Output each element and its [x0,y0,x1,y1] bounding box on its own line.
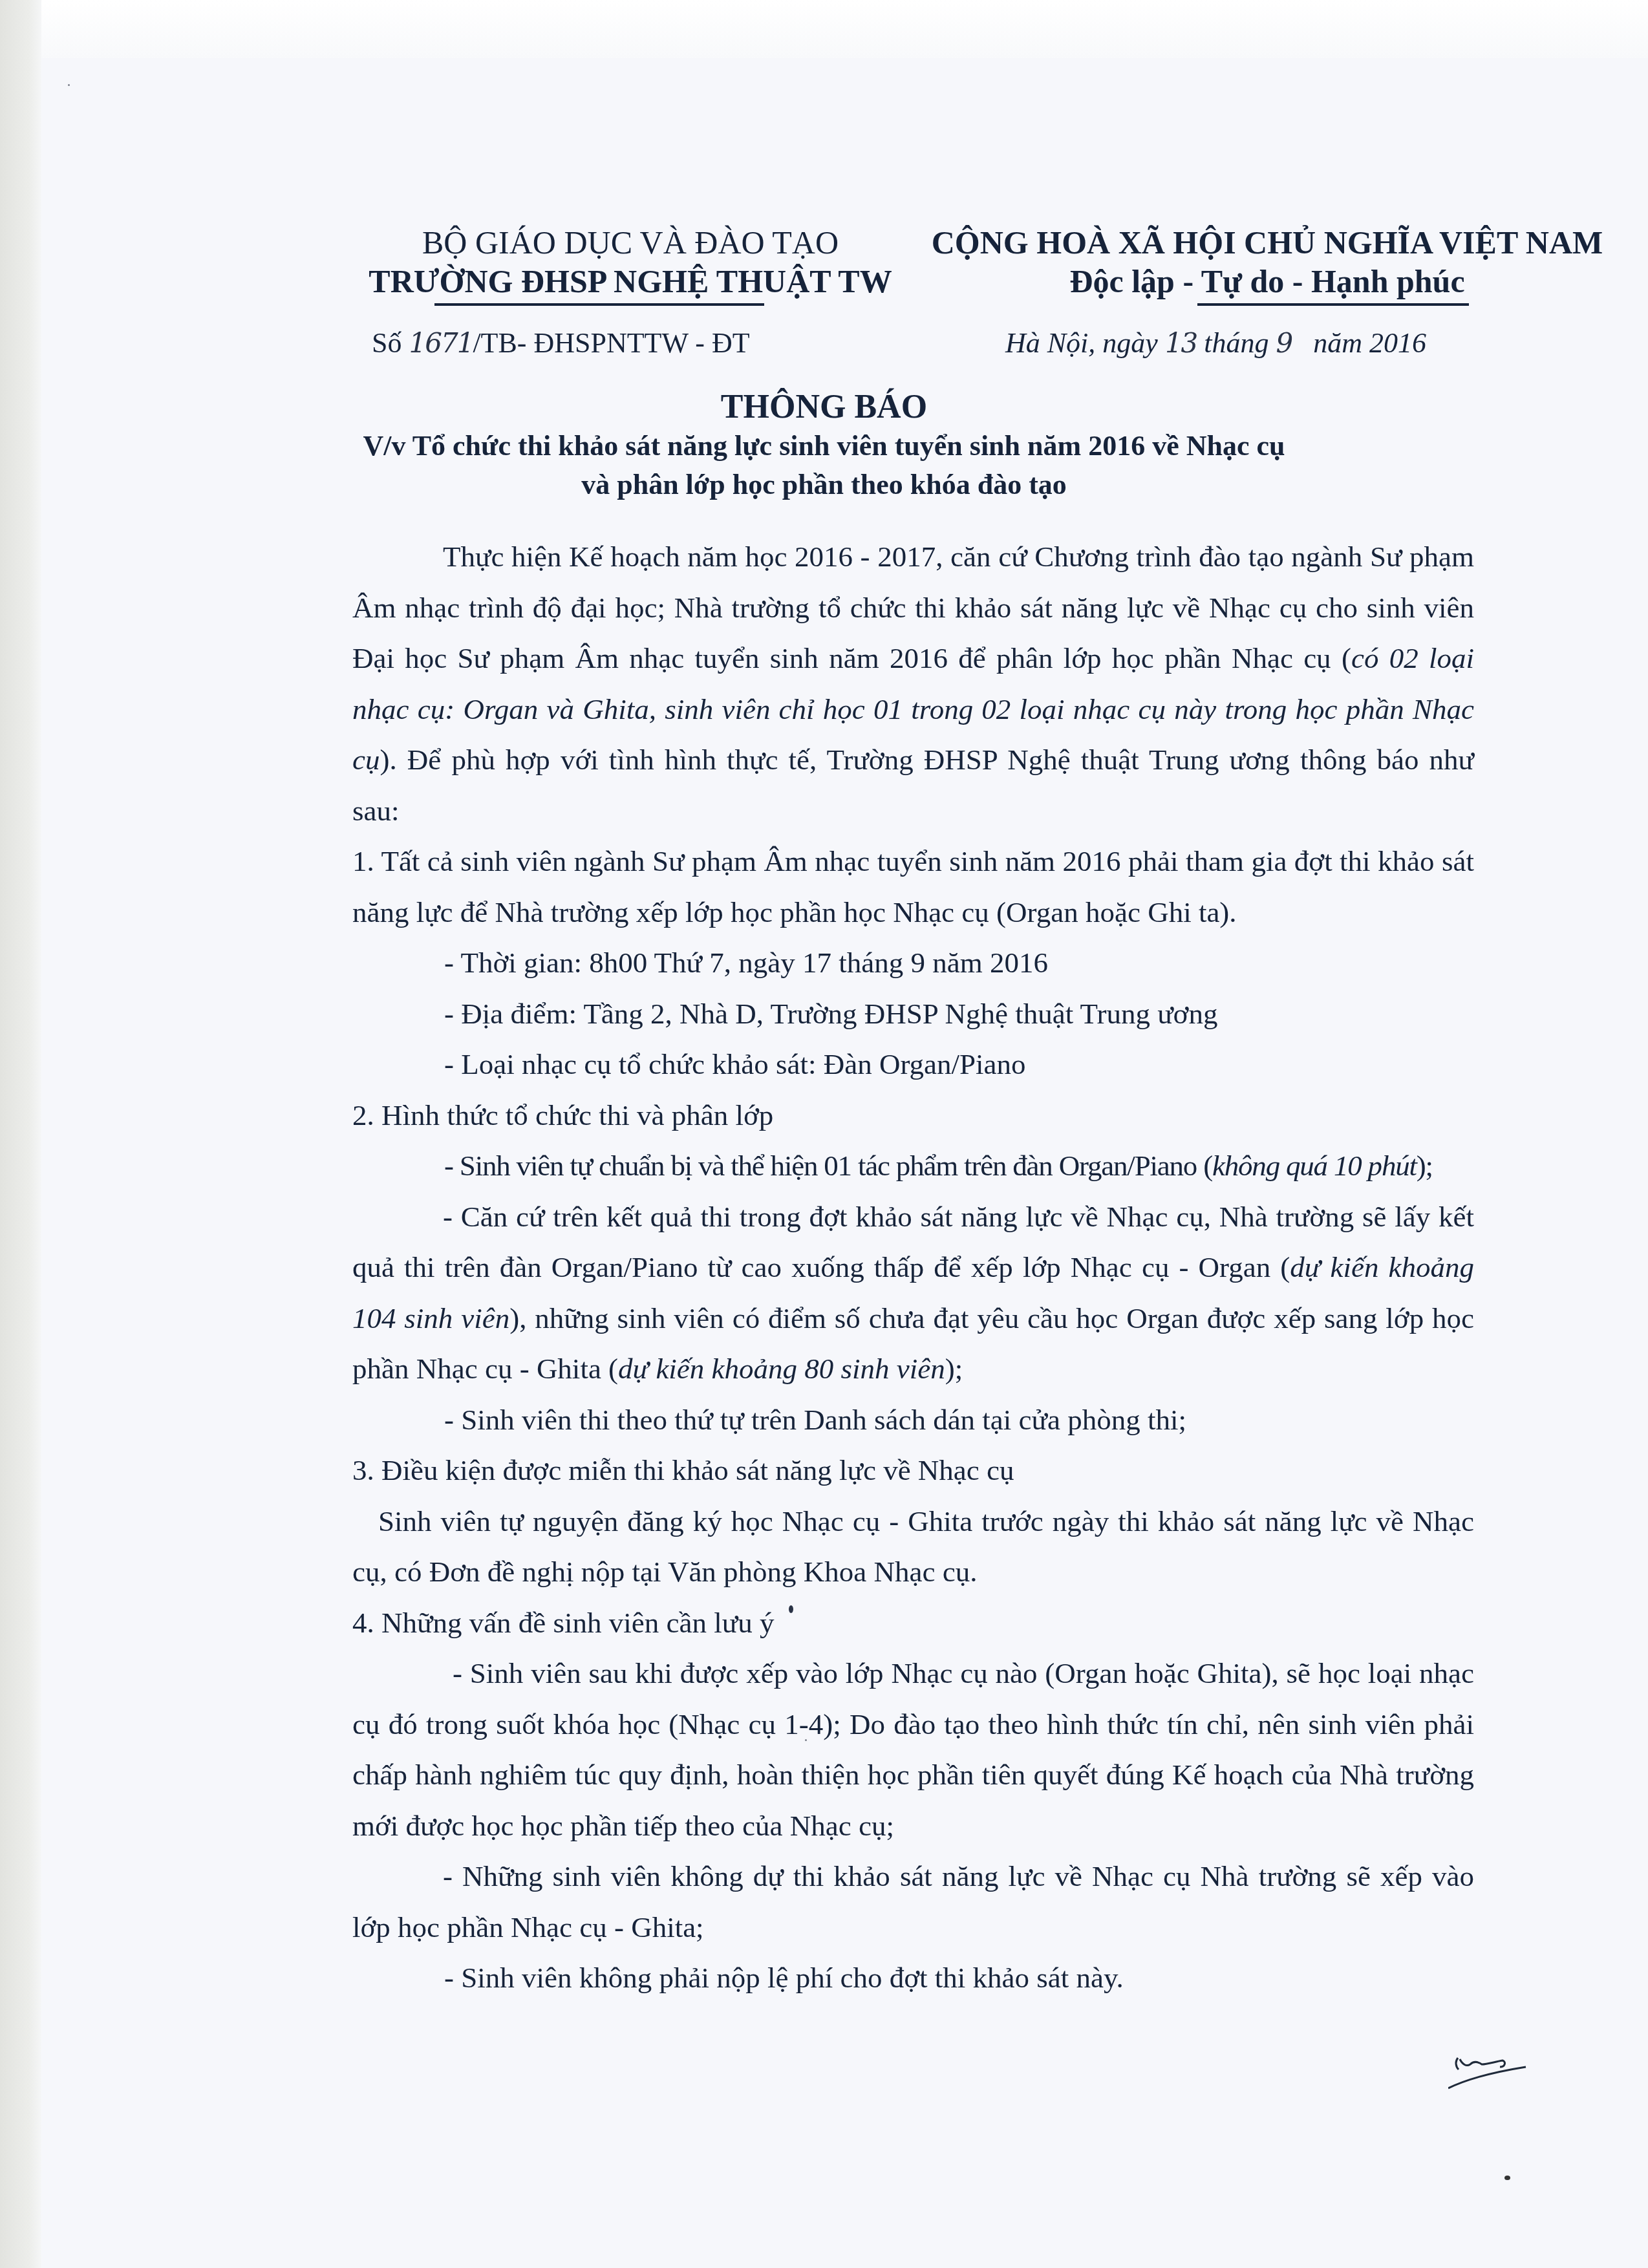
school-underline [434,303,764,306]
motto-underline [1197,303,1469,306]
header-left: BỘ GIÁO DỤC VÀ ĐÀO TẠO TRƯỜNG ĐHSP NGHỆ … [362,223,899,306]
section-2-bullet-3: - Sinh viên thi theo thứ tự trên Danh sá… [352,1395,1474,1446]
subject-line-2: và phân lớp học phần theo khóa đào tạo [0,465,1648,504]
section-4-bullet-2: - Những sinh viên không dự thi khảo sát … [352,1851,1474,1952]
s2-b2-end: ); [945,1353,963,1385]
intro-text-1: Thực hiện Kế hoạch năm học 2016 - 2017, … [352,540,1474,674]
section-2-bullet-1: - Sinh viên tự chuẩn bị và thể hiện 01 t… [352,1140,1474,1192]
initials-signature [1448,2053,1539,2091]
document-body: Thực hiện Kế hoạch năm học 2016 - 2017, … [352,531,1474,2004]
school-name: TRƯỜNG ĐHSP NGHỆ THUẬT TW [362,262,899,301]
section-2-bullet-2: - Căn cứ trên kết quả thi trong đợt khảo… [352,1192,1474,1395]
ink-speck [789,1605,793,1613]
date-day-handwritten: 13 [1165,327,1197,359]
section-1-heading: 1. Tất cả sinh viên ngành Sư phạm Âm nhạ… [352,836,1474,937]
intro-paragraph: Thực hiện Kế hoạch năm học 2016 - 2017, … [352,531,1474,836]
section-2-heading: 2. Hình thức tổ chức thi và phân lớp [352,1090,1474,1141]
s2-b1-italic: không quá 10 phút [1212,1150,1417,1182]
document-number: Số 1671/TB- ĐHSPNTTW - ĐT [372,326,750,359]
section-4-bullet-3: - Sinh viên không phải nộp lệ phí cho đợ… [352,1952,1474,2004]
header-right: CỘNG HOÀ XÃ HỘI CHỦ NGHĨA VIỆT NAM Độc l… [905,223,1629,306]
section-4-bullet-1: - Sinh viên sau khi được xếp vào lớp Nhạ… [352,1648,1474,1851]
doc-number-suffix: /TB- ĐHSPNTTW - ĐT [473,327,749,359]
date-line: Hà Nội, ngày 13 tháng 9 năm 2016 [1005,326,1426,359]
doc-number-prefix: Số [372,327,409,359]
date-year: năm 2016 [1292,327,1426,359]
s2-b2-italic-2: dự kiến khoảng 80 sinh viên [618,1353,945,1385]
doc-number-handwritten: 1671 [409,327,473,359]
subject-line-1: V/v Tổ chức thi khảo sát năng lực sinh v… [0,427,1648,465]
section-4-heading: 4. Những vấn đề sinh viên cần lưu ý [352,1598,1474,1649]
ink-speck [68,84,70,86]
section-1-instrument: - Loại nhạc cụ tổ chức khảo sát: Đàn Org… [352,1039,1474,1090]
section-3-text: Sinh viên tự nguyện đăng ký học Nhạc cụ … [352,1496,1474,1598]
intro-text-2: ). Để phù hợp với tình hình thực tế, Trư… [352,744,1474,827]
subject: V/v Tổ chức thi khảo sát năng lực sinh v… [0,427,1648,504]
scan-edge [0,0,43,2268]
motto: Độc lập - Tự do - Hạnh phúc [905,262,1629,301]
scan-top-strip [41,0,1648,58]
s2-b1-end: ); [1417,1150,1433,1182]
date-place: Hà Nội, ngày [1005,327,1165,359]
ink-dot [1504,2176,1510,2180]
section-3-heading: 3. Điều kiện được miễn thi khảo sát năng… [352,1445,1474,1496]
country-name: CỘNG HOÀ XÃ HỘI CHỦ NGHĨA VIỆT NAM [905,223,1629,262]
date-month-label: tháng [1197,327,1276,359]
page-title: THÔNG BÁO [0,388,1648,426]
ministry-name: BỘ GIÁO DỤC VÀ ĐÀO TẠO [362,223,899,262]
section-1-place: - Địa điểm: Tầng 2, Nhà D, Trường ĐHSP N… [352,989,1474,1040]
date-month-handwritten: 9 [1276,327,1292,359]
section-1-time: - Thời gian: 8h00 Thứ 7, ngày 17 tháng 9… [352,937,1474,989]
s2-b1-text: - Sinh viên tự chuẩn bị và thể hiện 01 t… [444,1150,1212,1182]
ink-speck [805,1739,807,1741]
